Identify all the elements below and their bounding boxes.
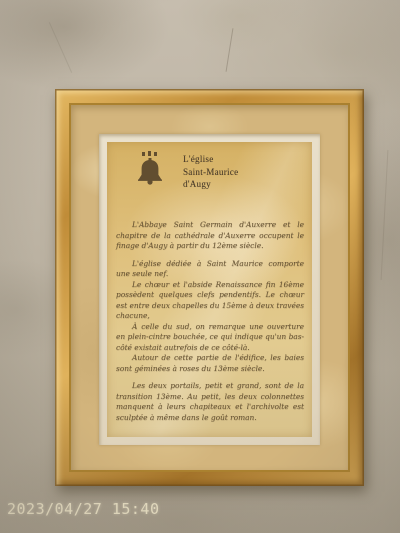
inner-mat-border: L'église Saint-Maurice d'Augy L'Abbaye S… (99, 134, 320, 445)
parchment-document: L'église Saint-Maurice d'Augy L'Abbaye S… (107, 142, 312, 437)
picture-frame: L'église Saint-Maurice d'Augy L'Abbaye S… (55, 89, 364, 486)
wall-crack (226, 28, 234, 72)
paragraph-6: Les deux portails, petit et grand, sont … (116, 381, 304, 423)
frame-mat: L'église Saint-Maurice d'Augy L'Abbaye S… (69, 103, 350, 472)
paragraph-3: Le chœur et l'abside Renaissance fin 16è… (116, 280, 304, 322)
camera-timestamp: 2023/04/27 15:40 (7, 500, 160, 518)
wall-crack (49, 22, 72, 73)
paragraph-4: À celle du sud, on remarque une ouvertur… (116, 322, 304, 354)
paragraph-5: Autour de cette partie de l'édifice, les… (116, 353, 304, 374)
title-line-3: d'Augy (183, 178, 238, 191)
paragraph-1: L'Abbaye Saint Germain d'Auxerre et le c… (116, 220, 304, 252)
wall-crack (381, 150, 389, 280)
title-line-2: Saint-Maurice (183, 166, 238, 179)
bell-icon (135, 150, 165, 188)
paragraph-2: L'église dédiée à Saint Maurice comporte… (116, 259, 304, 280)
document-title: L'église Saint-Maurice d'Augy (183, 153, 238, 191)
title-line-1: L'église (183, 153, 238, 166)
document-body: L'Abbaye Saint Germain d'Auxerre et le c… (116, 220, 304, 423)
